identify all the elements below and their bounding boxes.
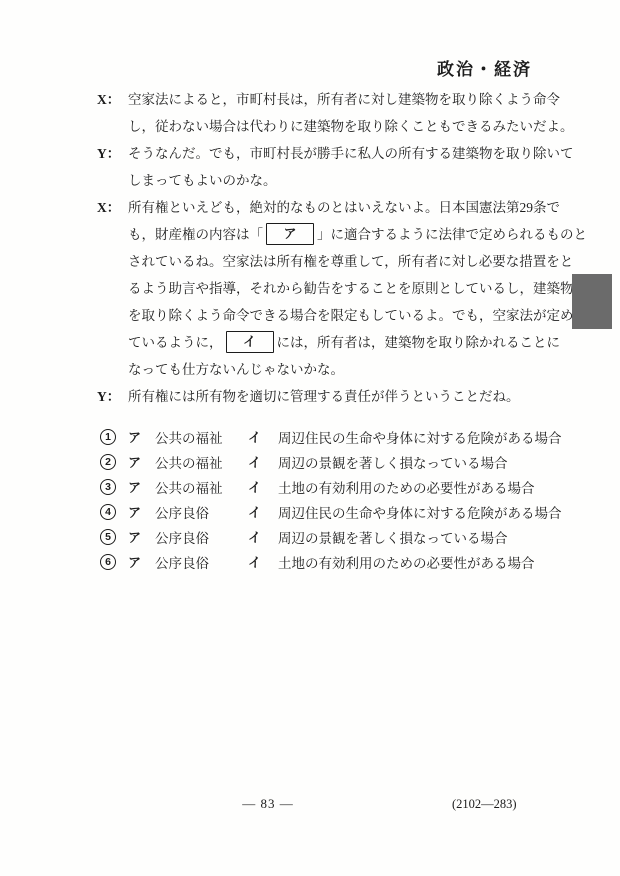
choice-row: 3ア公共の福祉イ土地の有効利用のための必要性がある場合 — [100, 474, 562, 499]
choice-i-text: 周辺住民の生命や身体に対する危険がある場合 — [278, 502, 562, 522]
dialogue-turn: Y：所有権には所有物を適切に管理する責任が伴うということだね。 — [97, 383, 587, 410]
choice-a-text: 公共の福祉 — [155, 477, 248, 497]
choice-a-label: ア — [128, 502, 155, 521]
speaker-label: Y： — [97, 140, 128, 194]
choice-i-text: 土地の有効利用のための必要性がある場合 — [278, 552, 535, 572]
subject-header: 政治・経済 — [437, 55, 532, 80]
speaker-label: X： — [97, 86, 128, 140]
choice-i-label: イ — [248, 552, 278, 571]
speech-text: し，従わない場合は代わりに建築物を取り除くこともできるみたいだよ。 — [128, 119, 574, 134]
speaker-label: X： — [97, 194, 128, 383]
choice-a-label: ア — [128, 477, 155, 496]
choice-number: 2 — [100, 454, 116, 470]
choice-i-text: 周辺の景観を著しく損なっている場合 — [278, 527, 508, 547]
speech-text: 」に適合するように法律で定められるものと — [317, 227, 587, 242]
speech-lines: 所有権といえども，絶対的なものとはいえないよ。日本国憲法第29条でも，財産権の内… — [128, 194, 587, 383]
choice-number: 1 — [100, 429, 116, 445]
choice-a-text: 公共の福祉 — [155, 452, 248, 472]
choice-a-label: ア — [128, 427, 155, 446]
speech-text: 所有権には所有物を適切に管理する責任が伴うということだね。 — [128, 389, 520, 404]
speech-line: し，従わない場合は代わりに建築物を取り除くこともできるみたいだよ。 — [128, 113, 574, 140]
choice-i-label: イ — [248, 527, 278, 546]
speech-line: しまってもよいのかな。 — [128, 167, 574, 194]
speech-text: るよう助言や指導，それから勧告をすることを原則としているし，建築物 — [128, 281, 574, 296]
speech-line: されているね。空家法は所有権を尊重して，所有者に対し必要な措置をと — [128, 248, 587, 275]
speech-line: なっても仕方ないんじゃないかな。 — [128, 356, 587, 383]
speech-text: 所有権といえども，絶対的なものとはいえないよ。日本国憲法第29条で — [128, 200, 560, 215]
choice-a-label: ア — [128, 527, 155, 546]
speech-text: を取り除くよう命令できる場合を限定もしているよ。でも，空家法が定め — [128, 308, 574, 323]
dialogue-turn: X：所有権といえども，絶対的なものとはいえないよ。日本国憲法第29条でも，財産権… — [97, 194, 587, 383]
choice-number: 4 — [100, 504, 116, 520]
speech-text: ているように， — [128, 335, 223, 350]
speech-line: を取り除くよう命令できる場合を限定もしているよ。でも，空家法が定め — [128, 302, 587, 329]
speech-text: なっても仕方ないんじゃないかな。 — [128, 362, 344, 377]
choice-a-label: ア — [128, 452, 155, 471]
speech-line: 所有権には所有物を適切に管理する責任が伴うということだね。 — [128, 383, 520, 410]
speech-line: るよう助言や指導，それから勧告をすることを原則としているし，建築物 — [128, 275, 587, 302]
speech-lines: そうなんだ。でも，市町村長が勝手に私人の所有する建築物を取り除いてしまってもよい… — [128, 140, 574, 194]
choice-i-text: 周辺住民の生命や身体に対する危険がある場合 — [278, 427, 562, 447]
exam-page: 政治・経済 X：空家法によると，市町村長は，所有者に対し建築物を取り除くよう命令… — [0, 0, 620, 876]
speaker-label: Y： — [97, 383, 128, 410]
page-edge-tab — [572, 274, 612, 329]
dialogue-turn: Y：そうなんだ。でも，市町村長が勝手に私人の所有する建築物を取り除いてしまっても… — [97, 140, 587, 194]
speech-text: には，所有者は，建築物を取り除かれることに — [277, 335, 561, 350]
speech-text: されているね。空家法は所有権を尊重して，所有者に対し必要な措置をと — [128, 254, 573, 269]
speech-line: そうなんだ。でも，市町村長が勝手に私人の所有する建築物を取り除いて — [128, 140, 574, 167]
speech-text: 空家法によると，市町村長は，所有者に対し建築物を取り除くよう命令 — [128, 92, 560, 107]
speech-text: も，財産権の内容は「 — [128, 227, 263, 242]
choice-row: 5ア公序良俗イ周辺の景観を著しく損なっている場合 — [100, 524, 562, 549]
doc-code: (2102—283) — [452, 797, 517, 812]
choice-row: 2ア公共の福祉イ周辺の景観を著しく損なっている場合 — [100, 449, 562, 474]
choice-number: 5 — [100, 529, 116, 545]
speech-lines: 空家法によると，市町村長は，所有者に対し建築物を取り除くよう命令し，従わない場合… — [128, 86, 574, 140]
speech-text: そうなんだ。でも，市町村長が勝手に私人の所有する建築物を取り除いて — [128, 146, 574, 161]
choice-a-label: ア — [128, 552, 155, 571]
choice-a-text: 公序良俗 — [155, 552, 248, 572]
choices-section: 1ア公共の福祉イ周辺住民の生命や身体に対する危険がある場合2ア公共の福祉イ周辺の… — [100, 424, 562, 574]
choice-i-label: イ — [248, 452, 278, 471]
page-number: — 83 — — [218, 796, 318, 812]
choice-a-text: 公共の福祉 — [155, 427, 248, 447]
choice-i-label: イ — [248, 427, 278, 446]
choice-i-text: 周辺の景観を著しく損なっている場合 — [278, 452, 508, 472]
speech-line: 空家法によると，市町村長は，所有者に対し建築物を取り除くよう命令 — [128, 86, 574, 113]
choice-row: 6ア公序良俗イ土地の有効利用のための必要性がある場合 — [100, 549, 562, 574]
speech-text: しまってもよいのかな。 — [128, 173, 277, 188]
answer-blank-box: ア — [266, 223, 314, 245]
choice-row: 1ア公共の福祉イ周辺住民の生命や身体に対する危険がある場合 — [100, 424, 562, 449]
choice-number: 6 — [100, 554, 116, 570]
answer-blank-box: イ — [226, 331, 274, 353]
choice-a-text: 公序良俗 — [155, 502, 248, 522]
choice-number: 3 — [100, 479, 116, 495]
choice-row: 4ア公序良俗イ周辺住民の生命や身体に対する危険がある場合 — [100, 499, 562, 524]
choice-i-label: イ — [248, 477, 278, 496]
choice-i-label: イ — [248, 502, 278, 521]
speech-line: も，財産権の内容は「ア」に適合するように法律で定められるものと — [128, 221, 587, 248]
dialogue-turn: X：空家法によると，市町村長は，所有者に対し建築物を取り除くよう命令し，従わない… — [97, 86, 587, 140]
speech-lines: 所有権には所有物を適切に管理する責任が伴うということだね。 — [128, 383, 520, 410]
speech-line: ているように，イには，所有者は，建築物を取り除かれることに — [128, 329, 587, 356]
choice-i-text: 土地の有効利用のための必要性がある場合 — [278, 477, 535, 497]
speech-line: 所有権といえども，絶対的なものとはいえないよ。日本国憲法第29条で — [128, 194, 587, 221]
choice-a-text: 公序良俗 — [155, 527, 248, 547]
dialogue-section: X：空家法によると，市町村長は，所有者に対し建築物を取り除くよう命令し，従わない… — [97, 86, 587, 410]
